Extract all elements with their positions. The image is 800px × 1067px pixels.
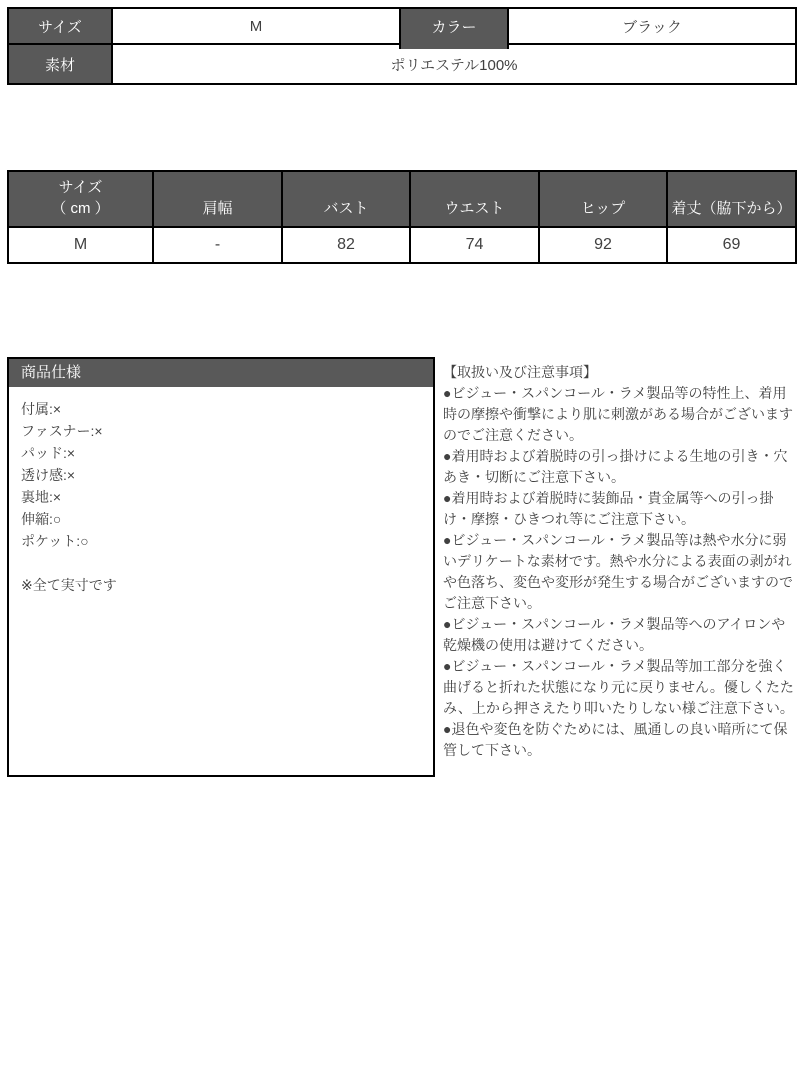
cell-bust: 82 [282, 227, 410, 263]
cell-length: 69 [667, 227, 796, 263]
care-notes-title: 【取扱い及び注意事項】 [443, 362, 797, 383]
size-value-cell: M [112, 8, 400, 44]
spec-box: 商品仕様 付属:×ファスナー:×パッド:×透け感:×裏地:×伸縮:○ポケット:○… [7, 357, 435, 777]
spec-item: 付属:× [21, 398, 421, 420]
spec-item: 伸縮:○ [21, 508, 421, 530]
spec-item: ファスナー:× [21, 420, 421, 442]
spec-item: ポケット:○ [21, 530, 421, 552]
product-spec-page: サイズ M カラー ブラック 素材 ポリエステル100% サイズ （ cm ） … [0, 0, 800, 1067]
table-header-row: サイズ （ cm ） 肩幅 バスト ウエスト ヒップ 着丈（脇下から） [8, 171, 796, 227]
material-value-cell: ポリエステル100% [112, 44, 796, 84]
care-note-item: ●ビジュー・スパンコール・ラメ製品等の特性上、着用時の摩擦や衝撃により肌に刺激が… [443, 383, 797, 446]
spec-item: パッド:× [21, 442, 421, 464]
header-cell-bust: バスト [282, 171, 410, 227]
table-row: 素材 ポリエステル100% [8, 44, 796, 84]
table-row: M - 82 74 92 69 [8, 227, 796, 263]
measurements-table: サイズ （ cm ） 肩幅 バスト ウエスト ヒップ 着丈（脇下から） M - … [7, 170, 797, 264]
table-row: サイズ M カラー ブラック [8, 8, 796, 44]
product-summary-table: サイズ M カラー ブラック 素材 ポリエステル100% [7, 7, 797, 85]
spec-item: 透け感:× [21, 464, 421, 486]
spec-note: ※全て実寸です [21, 574, 421, 596]
size-label-cell: サイズ [8, 8, 112, 44]
spec-box-title: 商品仕様 [9, 359, 433, 387]
care-notes: 【取扱い及び注意事項】 ●ビジュー・スパンコール・ラメ製品等の特性上、着用時の摩… [443, 362, 797, 761]
care-notes-list: ●ビジュー・スパンコール・ラメ製品等の特性上、着用時の摩擦や衝撃により肌に刺激が… [443, 383, 797, 761]
spec-item-list: 付属:×ファスナー:×パッド:×透け感:×裏地:×伸縮:○ポケット:○ [21, 398, 421, 552]
spec-box-body: 付属:×ファスナー:×パッド:×透け感:×裏地:×伸縮:○ポケット:○ ※全て実… [9, 387, 433, 607]
cell-shoulder: - [153, 227, 282, 263]
care-note-item: ●ビジュー・スパンコール・ラメ製品等へのアイロンや乾燥機の使用は避けてください。 [443, 614, 797, 656]
care-note-item: ●退色や変色を防ぐためには、風通しの良い暗所にて保管して下さい。 [443, 719, 797, 761]
cell-waist: 74 [410, 227, 539, 263]
header-cell-length: 着丈（脇下から） [667, 171, 796, 227]
color-value-cell: ブラック [508, 8, 796, 44]
cell-size: M [8, 227, 153, 263]
header-cell-waist: ウエスト [410, 171, 539, 227]
care-note-item: ●ビジュー・スパンコール・ラメ製品等加工部分を強く曲げると折れた状態になり元に戻… [443, 656, 797, 719]
header-cell-hip: ヒップ [539, 171, 667, 227]
cell-hip: 92 [539, 227, 667, 263]
header-cell-shoulder: 肩幅 [153, 171, 282, 227]
material-label-cell: 素材 [8, 44, 112, 84]
spec-item: 裏地:× [21, 486, 421, 508]
care-note-item: ●ビジュー・スパンコール・ラメ製品等は熱や水分に弱いデリケートな素材です。熱や水… [443, 530, 797, 614]
care-note-item: ●着用時および着脱時に装飾品・貴金属等への引っ掛け・摩擦・ひきつれ等にご注意下さ… [443, 488, 797, 530]
care-note-item: ●着用時および着脱時の引っ掛けによる生地の引き・穴あき・切断にご注意下さい。 [443, 446, 797, 488]
color-label-cell: カラー [400, 8, 508, 44]
header-cell-size-cm: サイズ （ cm ） [8, 171, 153, 227]
